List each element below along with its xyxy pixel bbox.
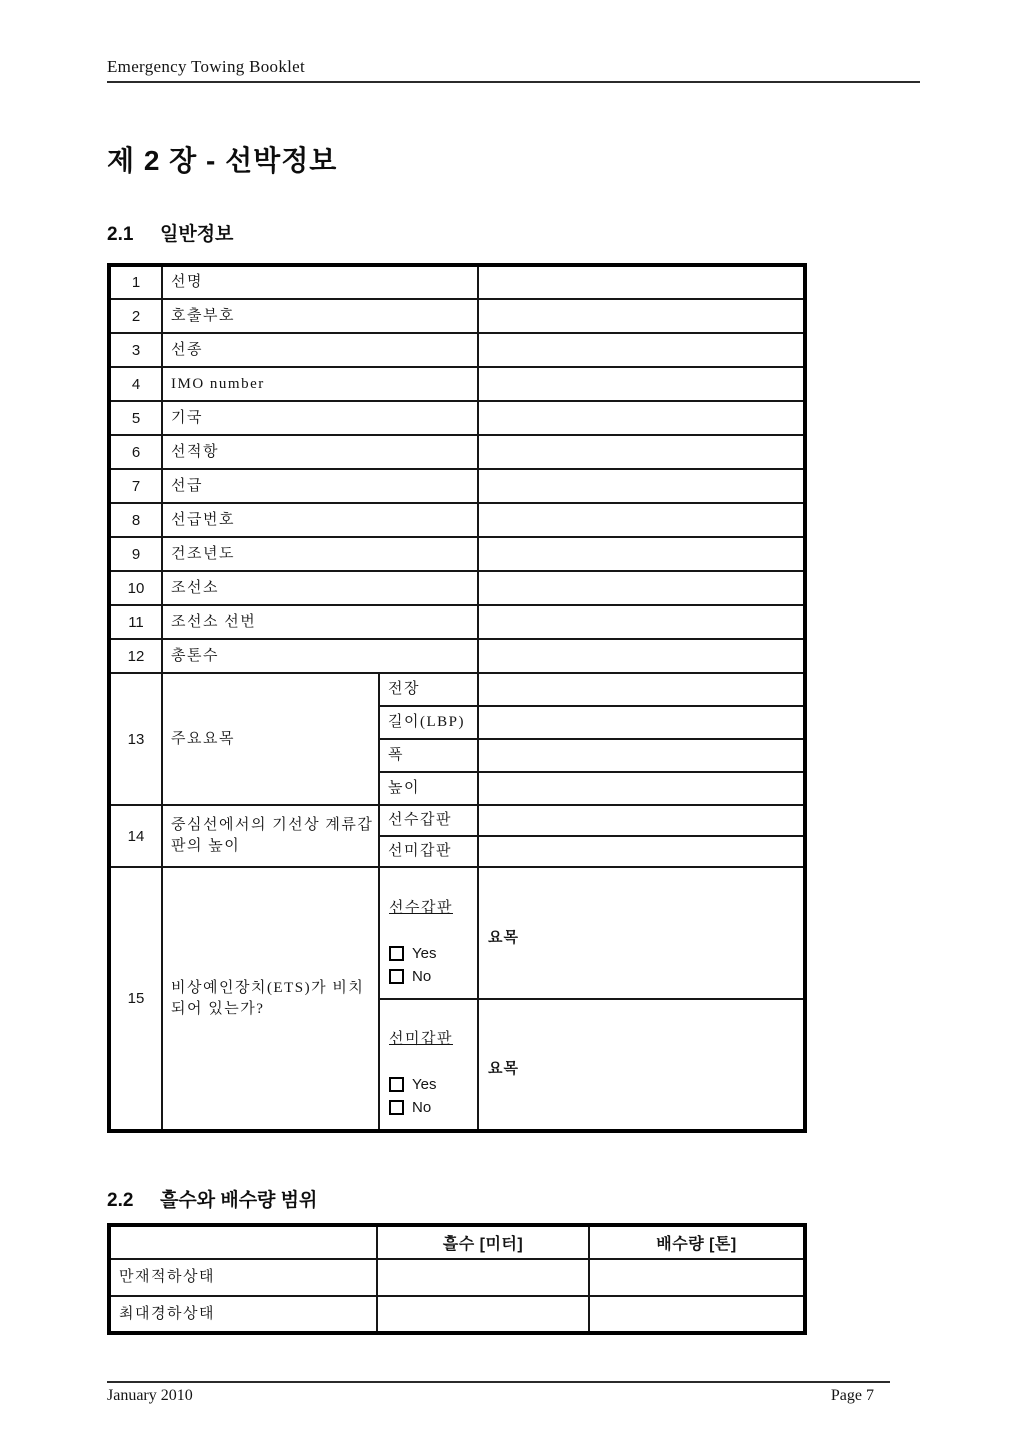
value-cell[interactable] bbox=[478, 673, 805, 706]
value-cell[interactable] bbox=[589, 1296, 805, 1333]
blank-header-cell bbox=[109, 1225, 377, 1259]
aft-deck-label: 선미갑판 bbox=[389, 1027, 477, 1048]
row-label: IMO number bbox=[162, 367, 478, 401]
ets-aft-deck-cell: 선미갑판 Yes No bbox=[379, 999, 478, 1131]
table-row: 만재적하상태 bbox=[109, 1259, 805, 1296]
value-cell[interactable] bbox=[478, 367, 805, 401]
no-option: No bbox=[389, 968, 477, 985]
row-number: 14 bbox=[109, 805, 162, 867]
row-label: 선명 bbox=[162, 265, 478, 299]
row-label: 만재적하상태 bbox=[109, 1259, 377, 1296]
booklet-title: Emergency Towing Booklet bbox=[107, 57, 305, 76]
value-cell[interactable] bbox=[377, 1259, 589, 1296]
value-cell[interactable] bbox=[478, 805, 805, 836]
table-row: 10 조선소 bbox=[109, 571, 805, 605]
spec-label: 요목 bbox=[488, 1057, 803, 1078]
no-checkbox[interactable] bbox=[389, 1100, 404, 1115]
table-row: 6 선적항 bbox=[109, 435, 805, 469]
no-label: No bbox=[412, 968, 431, 985]
yes-label: Yes bbox=[412, 1076, 436, 1093]
row-label: 호출부호 bbox=[162, 299, 478, 333]
row-label: 선종 bbox=[162, 333, 478, 367]
table-row: 3 선종 bbox=[109, 333, 805, 367]
value-cell[interactable] bbox=[478, 605, 805, 639]
table-row: 9 건조년도 bbox=[109, 537, 805, 571]
row-number: 5 bbox=[109, 401, 162, 435]
table-row: 1 선명 bbox=[109, 265, 805, 299]
section-title-text: 흘수와 배수량 범위 bbox=[160, 1190, 317, 1211]
sub-label-breadth: 폭 bbox=[379, 739, 478, 772]
row-label: 조선소 bbox=[162, 571, 478, 605]
no-option: No bbox=[389, 1099, 477, 1116]
table-row: 2 호출부호 bbox=[109, 299, 805, 333]
row-label: 조선소 선번 bbox=[162, 605, 478, 639]
table-row: 11 조선소 선번 bbox=[109, 605, 805, 639]
footer-page-number: Page 7 bbox=[831, 1387, 890, 1405]
section-2-2-heading: 2.2흘수와 배수량 범위 bbox=[107, 1185, 1024, 1212]
table-row: 12 총톤수 bbox=[109, 639, 805, 673]
value-cell[interactable] bbox=[478, 706, 805, 739]
row-number: 3 bbox=[109, 333, 162, 367]
row-number: 2 bbox=[109, 299, 162, 333]
table-row: 4 IMO number bbox=[109, 367, 805, 401]
value-cell[interactable] bbox=[478, 435, 805, 469]
row-label: 선급 bbox=[162, 469, 478, 503]
table-row: 최대경하상태 bbox=[109, 1296, 805, 1333]
sub-label-loa: 전장 bbox=[379, 673, 478, 706]
value-cell[interactable] bbox=[478, 639, 805, 673]
value-cell[interactable] bbox=[478, 503, 805, 537]
row-label: 주요요목 bbox=[162, 673, 379, 805]
row-number: 7 bbox=[109, 469, 162, 503]
section-title-text: 일반정보 bbox=[160, 224, 233, 245]
general-info-table: 1 선명 2 호출부호 3 선종 4 IMO number 5 기국 6 선적항 bbox=[107, 263, 807, 1133]
table-row: 5 기국 bbox=[109, 401, 805, 435]
spec-label: 요목 bbox=[488, 926, 803, 947]
row-number: 6 bbox=[109, 435, 162, 469]
value-cell[interactable] bbox=[478, 571, 805, 605]
value-cell[interactable] bbox=[589, 1259, 805, 1296]
running-footer: January 2010 Page 7 bbox=[107, 1381, 890, 1405]
row-label: 기국 bbox=[162, 401, 478, 435]
row-number: 15 bbox=[109, 867, 162, 1131]
footer-date: January 2010 bbox=[107, 1387, 193, 1405]
row-number: 1 bbox=[109, 265, 162, 299]
sub-label-fore-deck: 선수갑판 bbox=[379, 805, 478, 836]
yes-option: Yes bbox=[389, 945, 477, 962]
row-label: 선급번호 bbox=[162, 503, 478, 537]
value-cell[interactable] bbox=[478, 537, 805, 571]
table-row-13: 13 주요요목 전장 bbox=[109, 673, 805, 706]
displacement-column-header: 배수량 [톤] bbox=[589, 1225, 805, 1259]
yes-option: Yes bbox=[389, 1076, 477, 1093]
row-number: 13 bbox=[109, 673, 162, 805]
row-label: 비상예인장치(ETS)가 비치되어 있는가? bbox=[162, 867, 379, 1131]
draft-column-header: 흘수 [미터] bbox=[377, 1225, 589, 1259]
value-cell[interactable] bbox=[478, 333, 805, 367]
row-number: 11 bbox=[109, 605, 162, 639]
yes-label: Yes bbox=[412, 945, 436, 962]
section-2-1-heading: 2.1일반정보 bbox=[107, 219, 1024, 246]
table-row-15: 15 비상예인장치(ETS)가 비치되어 있는가? 선수갑판 Yes No 요목 bbox=[109, 867, 805, 999]
row-label: 중심선에서의 기선상 계류갑판의 높이 bbox=[162, 805, 379, 867]
value-cell[interactable] bbox=[478, 299, 805, 333]
ets-fore-deck-cell: 선수갑판 Yes No bbox=[379, 867, 478, 999]
chapter-title: 제 2 장 - 선박정보 bbox=[107, 139, 1024, 179]
section-number: 2.2 bbox=[107, 1190, 160, 1212]
row-label: 선적항 bbox=[162, 435, 478, 469]
sub-label-lbp: 길이(LBP) bbox=[379, 706, 478, 739]
section-number: 2.1 bbox=[107, 224, 160, 246]
yes-checkbox[interactable] bbox=[389, 1077, 404, 1092]
table-row: 8 선급번호 bbox=[109, 503, 805, 537]
value-cell[interactable] bbox=[377, 1296, 589, 1333]
row-number: 9 bbox=[109, 537, 162, 571]
row-number: 8 bbox=[109, 503, 162, 537]
document-page: Emergency Towing Booklet 제 2 장 - 선박정보 2.… bbox=[0, 0, 1024, 1405]
table-row-14: 14 중심선에서의 기선상 계류갑판의 높이 선수갑판 bbox=[109, 805, 805, 836]
row-number: 4 bbox=[109, 367, 162, 401]
sub-label-depth: 높이 bbox=[379, 772, 478, 805]
ets-aft-spec-cell[interactable]: 요목 bbox=[478, 999, 805, 1131]
fore-deck-label: 선수갑판 bbox=[389, 896, 477, 917]
row-label: 총톤수 bbox=[162, 639, 478, 673]
row-number: 12 bbox=[109, 639, 162, 673]
sub-label-aft-deck: 선미갑판 bbox=[379, 836, 478, 867]
running-header: Emergency Towing Booklet bbox=[107, 57, 920, 83]
value-cell[interactable] bbox=[478, 772, 805, 805]
table-row: 7 선급 bbox=[109, 469, 805, 503]
row-label: 건조년도 bbox=[162, 537, 478, 571]
value-cell[interactable] bbox=[478, 469, 805, 503]
header-row: 흘수 [미터] 배수량 [톤] bbox=[109, 1225, 805, 1259]
value-cell[interactable] bbox=[478, 401, 805, 435]
row-label: 최대경하상태 bbox=[109, 1296, 377, 1333]
row-number: 10 bbox=[109, 571, 162, 605]
draft-displacement-table: 흘수 [미터] 배수량 [톤] 만재적하상태 최대경하상태 bbox=[107, 1223, 807, 1335]
yes-checkbox[interactable] bbox=[389, 946, 404, 961]
no-checkbox[interactable] bbox=[389, 969, 404, 984]
no-label: No bbox=[412, 1099, 431, 1116]
value-cell[interactable] bbox=[478, 836, 805, 867]
ets-fore-spec-cell[interactable]: 요목 bbox=[478, 867, 805, 999]
value-cell[interactable] bbox=[478, 265, 805, 299]
value-cell[interactable] bbox=[478, 739, 805, 772]
